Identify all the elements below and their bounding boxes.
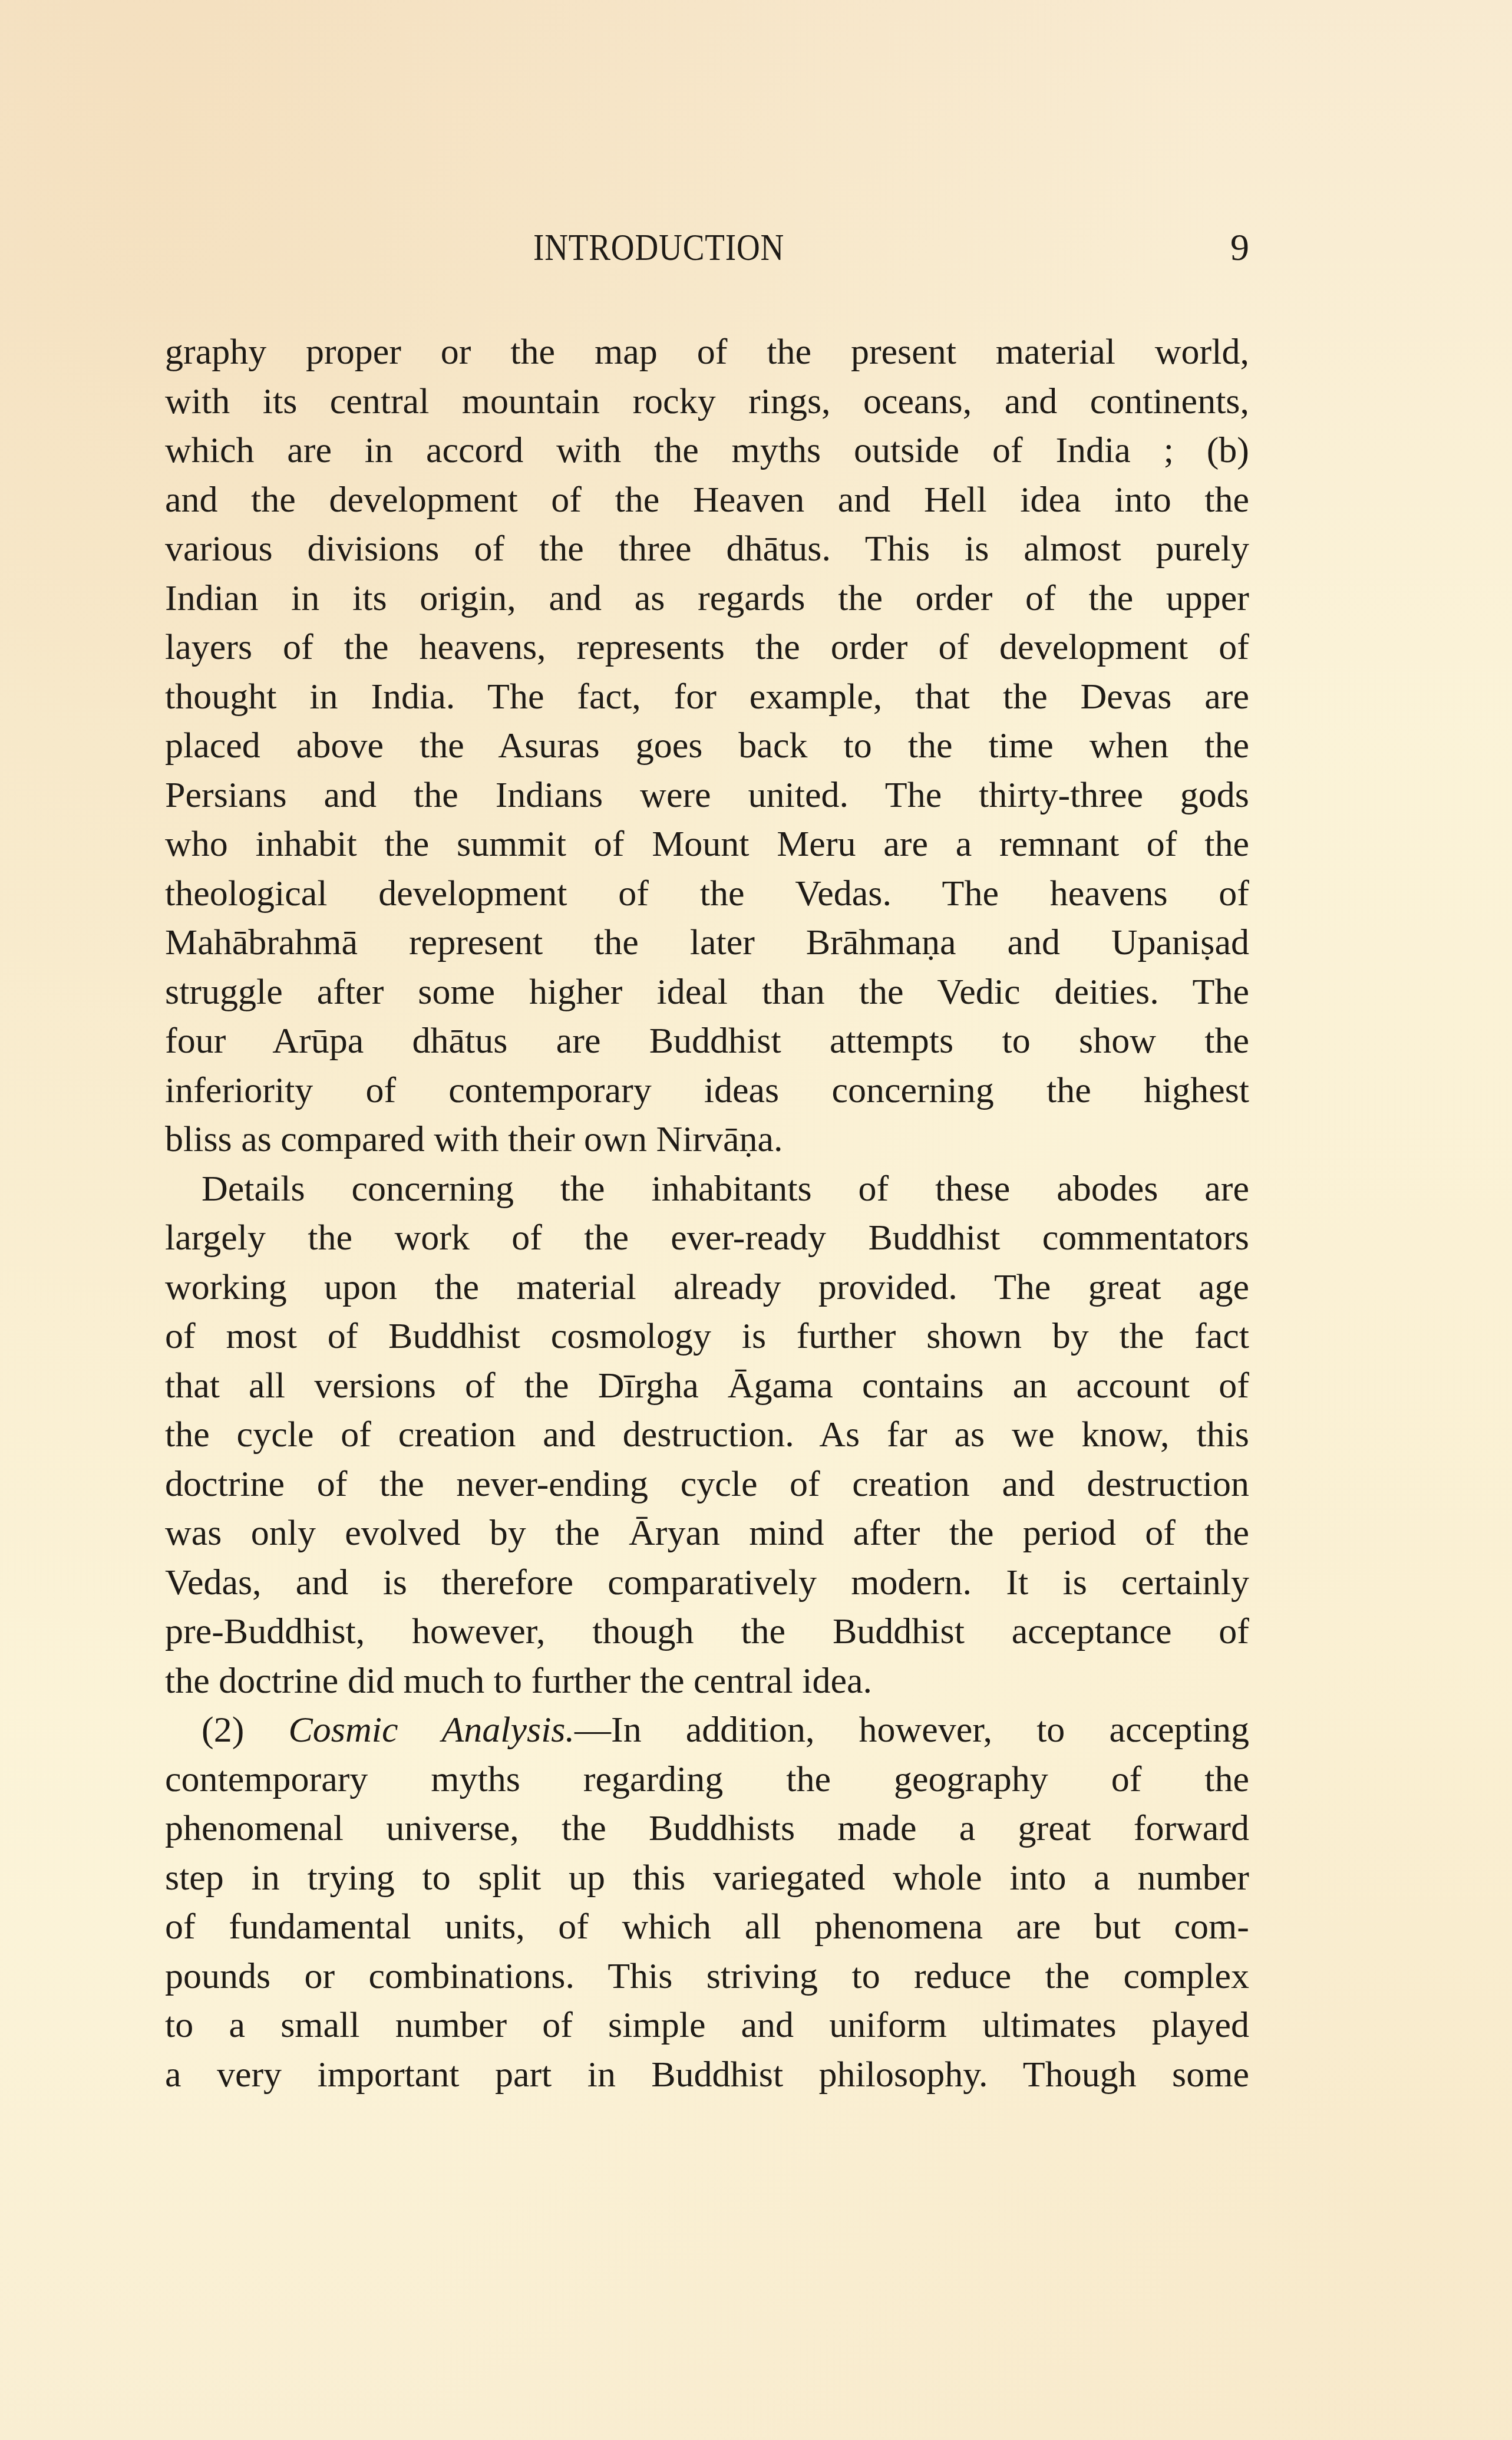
text-line: pounds or combinations. This striving to…: [165, 1952, 1249, 2002]
text-line: who inhabit the summit of Mount Meru are…: [165, 820, 1249, 869]
text-line: Vedas, and is therefore comparatively mo…: [165, 1558, 1249, 1608]
text-line: inferiority of contemporary ideas concer…: [165, 1066, 1249, 1116]
text-line: Details concerning the inhabitants of th…: [165, 1165, 1249, 1214]
paragraph-1: graphy proper or the map of the present …: [165, 328, 1249, 1165]
text-line: that all versions of the Dīrgha Āgama co…: [165, 1361, 1249, 1411]
text-line: of most of Buddhist cosmology is further…: [165, 1312, 1249, 1361]
text-line: thought in India. The fact, for example,…: [165, 672, 1249, 722]
text-line: which are in accord with the myths outsi…: [165, 426, 1249, 476]
section-heading-line: (2) Cosmic Analysis.—In addition, howeve…: [165, 1706, 1249, 1755]
paragraph-2: Details concerning the inhabitants of th…: [165, 1165, 1249, 1706]
text-line: step in trying to split up this variegat…: [165, 1854, 1249, 1903]
page-number: 9: [1230, 227, 1249, 268]
text-line: various divisions of the three dhātus. T…: [165, 525, 1249, 574]
text-line: placed above the Asuras goes back to the…: [165, 721, 1249, 771]
text-line: contemporary myths regarding the geograp…: [165, 1755, 1249, 1805]
section-first-line-text: —In addition, however, to accepting: [575, 1710, 1249, 1750]
running-head: INTRODUCTION 9: [165, 227, 1249, 268]
text-line: largely the work of the ever-ready Buddh…: [165, 1214, 1249, 1263]
text-line: pre-Buddhist, however, though the Buddhi…: [165, 1607, 1249, 1657]
text-line: the doctrine did much to further the cen…: [165, 1657, 1249, 1706]
text-line: with its central mountain rocky rings, o…: [165, 377, 1249, 427]
text-line: four Arūpa dhātus are Buddhist attempts …: [165, 1017, 1249, 1066]
text-line: Persians and the Indians were united. Th…: [165, 771, 1249, 820]
text-line: working upon the material already provid…: [165, 1263, 1249, 1313]
text-line: of fundamental units, of which all pheno…: [165, 1902, 1249, 1952]
section-title: Cosmic Analysis.: [288, 1710, 575, 1750]
body-text: graphy proper or the map of the present …: [165, 328, 1249, 2099]
section-number: (2): [202, 1710, 244, 1750]
running-title: INTRODUCTION: [533, 227, 837, 268]
text-line: was only evolved by the Āryan mind after…: [165, 1509, 1249, 1558]
text-line: struggle after some higher ideal than th…: [165, 968, 1249, 1017]
text-line: theological development of the Vedas. Th…: [165, 869, 1249, 919]
text-line: doctrine of the never-ending cycle of cr…: [165, 1460, 1249, 1509]
paragraph-3-cosmic-analysis: (2) Cosmic Analysis.—In addition, howeve…: [165, 1706, 1249, 2099]
book-page: INTRODUCTION 9 graphy proper or the map …: [0, 0, 1512, 2440]
text-line: to a small number of simple and uniform …: [165, 2001, 1249, 2050]
text-line: bliss as compared with their own Nirvāṇa…: [165, 1115, 1249, 1165]
text-line: Mahābrahmā represent the later Brāhmaṇa …: [165, 918, 1249, 968]
text-line: a very important part in Buddhist philos…: [165, 2050, 1249, 2100]
text-line: and the development of the Heaven and He…: [165, 476, 1249, 525]
text-line: Indian in its origin, and as regards the…: [165, 574, 1249, 624]
text-line: graphy proper or the map of the present …: [165, 328, 1249, 377]
text-line: layers of the heavens, represents the or…: [165, 623, 1249, 672]
text-line: the cycle of creation and destruction. A…: [165, 1410, 1249, 1460]
text-line: phenomenal universe, the Buddhists made …: [165, 1804, 1249, 1854]
